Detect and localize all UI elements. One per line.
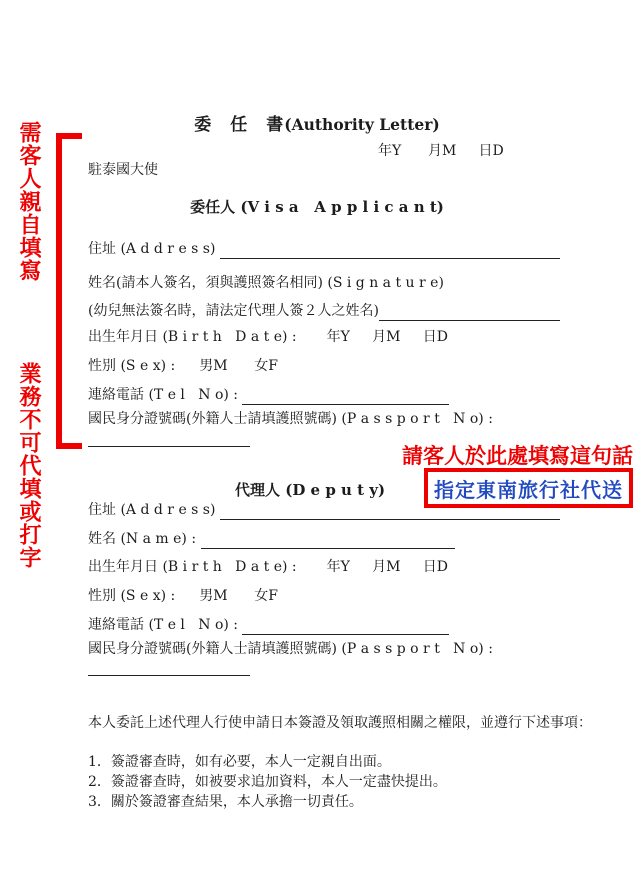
red-bracket [56,133,82,449]
side-annotation-line2: 業務不可代填或打字 [16,362,42,569]
fill-line [88,432,250,447]
field-deputy-name-label: 姓名 (N a m e) : [88,530,201,549]
fill-line [220,244,560,259]
field-applicant-sex-label: 性別 (S e x) : [88,357,175,376]
page-title-zh: 委 任 書 [194,115,284,135]
field-applicant-minor-note-label: (幼兒無法簽名時，請法定代理人簽２人之姓名) [88,302,379,321]
field-applicant-minor-note: (幼兒無法簽名時，請法定代理人簽２人之姓名) [88,302,560,321]
field-applicant-birth-units: 年Y 月M 日D [327,328,448,347]
side-annotation-vertical: 需客人親自填寫 業務不可代填或打字 [14,121,44,569]
field-deputy-passport-fill [88,661,250,676]
field-deputy-sex-label: 性別 (S e x) : [88,587,175,606]
declaration-intro: 本人委託上述代理人行使申請日本簽證及領取護照相關之權限，並遵行下述事項： [88,712,592,732]
field-applicant-tel-label: 連絡電話 (T e l N o) : [88,386,242,405]
fill-line [220,505,560,520]
field-applicant-sex: 性別 (S e x) : 男M 女F [88,357,278,376]
field-deputy-address: 住址 (A d d r e s s) [88,501,560,520]
field-applicant-passport-label: 國民身分證號碼(外籍人士請填護照號碼) (P a s s p o r t N o… [88,410,493,429]
field-applicant-signature-label: 姓名(請本人簽名，須與護照簽名相同) (S i g n a t u r e) [88,274,444,293]
field-applicant-signature: 姓名(請本人簽名，須與護照簽名相同) (S i g n a t u r e) [88,274,444,293]
declaration-item: 1．簽證審查時，如有必要，本人一定親自出面。 [88,751,391,771]
field-applicant-passport-no: 國民身分證號碼(外籍人士請填護照號碼) (P a s s p o r t N o… [88,410,493,429]
fill-line [88,661,250,676]
field-deputy-passport-label: 國民身分證號碼(外籍人士請填護照號碼) (P a s s p o r t N o… [88,640,493,659]
field-deputy-tel-label: 連絡電話 (T e l N o) : [88,616,242,635]
declaration-item: 2．簽證審查時，如被要求追加資料，本人一定盡快提出。 [88,771,447,791]
authority-letter-document: 需客人親自填寫 業務不可代填或打字 委 任 書(Authority Letter… [0,0,634,893]
fill-line [242,620,449,635]
field-applicant-address-label: 住址 (A d d r e s s) [88,240,220,259]
field-applicant-birth-date: 出生年月日 (B i r t h D a t e) : 年Y 月M 日D [88,328,448,347]
field-deputy-name: 姓名 (N a m e) : [88,530,455,549]
page-title-en: (Authority Letter) [284,115,439,134]
field-applicant-passport-fill [88,432,250,447]
field-deputy-birth-units: 年Y 月M 日D [327,558,448,577]
field-applicant-sex-options: 男M 女F [199,357,278,376]
field-deputy-passport-no: 國民身分證號碼(外籍人士請填護照號碼) (P a s s p o r t N o… [88,640,493,659]
date-line: 年Y 月M 日D [378,140,504,160]
field-deputy-birth-label: 出生年月日 (B i r t h D a t e) : [88,558,297,577]
field-deputy-sex: 性別 (S e x) : 男M 女F [88,587,278,606]
declaration-item: 3．關於簽證審查結果，本人承擔一切責任。 [88,791,363,811]
fill-here-annotation: 請客人於此處填寫這句話 [402,440,633,470]
field-deputy-tel: 連絡電話 (T e l N o) : [88,616,449,635]
fill-line [242,390,449,405]
addressee: 駐泰國大使 [88,159,158,179]
field-applicant-birth-label: 出生年月日 (B i r t h D a t e) : [88,328,297,347]
agency-stamp-text: 指定東南旅行社代送 [434,474,623,503]
fill-line [201,534,455,549]
field-deputy-birth-date: 出生年月日 (B i r t h D a t e) : 年Y 月M 日D [88,558,448,577]
fill-line [379,306,560,321]
field-applicant-address: 住址 (A d d r e s s) [88,240,560,259]
field-deputy-sex-options: 男M 女F [199,587,278,606]
field-deputy-address-label: 住址 (A d d r e s s) [88,501,220,520]
section-heading-deputy: 代理人 (D e p u t y) [235,479,385,500]
section-heading-applicant: 委任人 (V i s a A p p l i c a n t) [0,196,634,217]
field-applicant-tel: 連絡電話 (T e l N o) : [88,386,449,405]
page-title: 委 任 書(Authority Letter) [0,110,634,135]
